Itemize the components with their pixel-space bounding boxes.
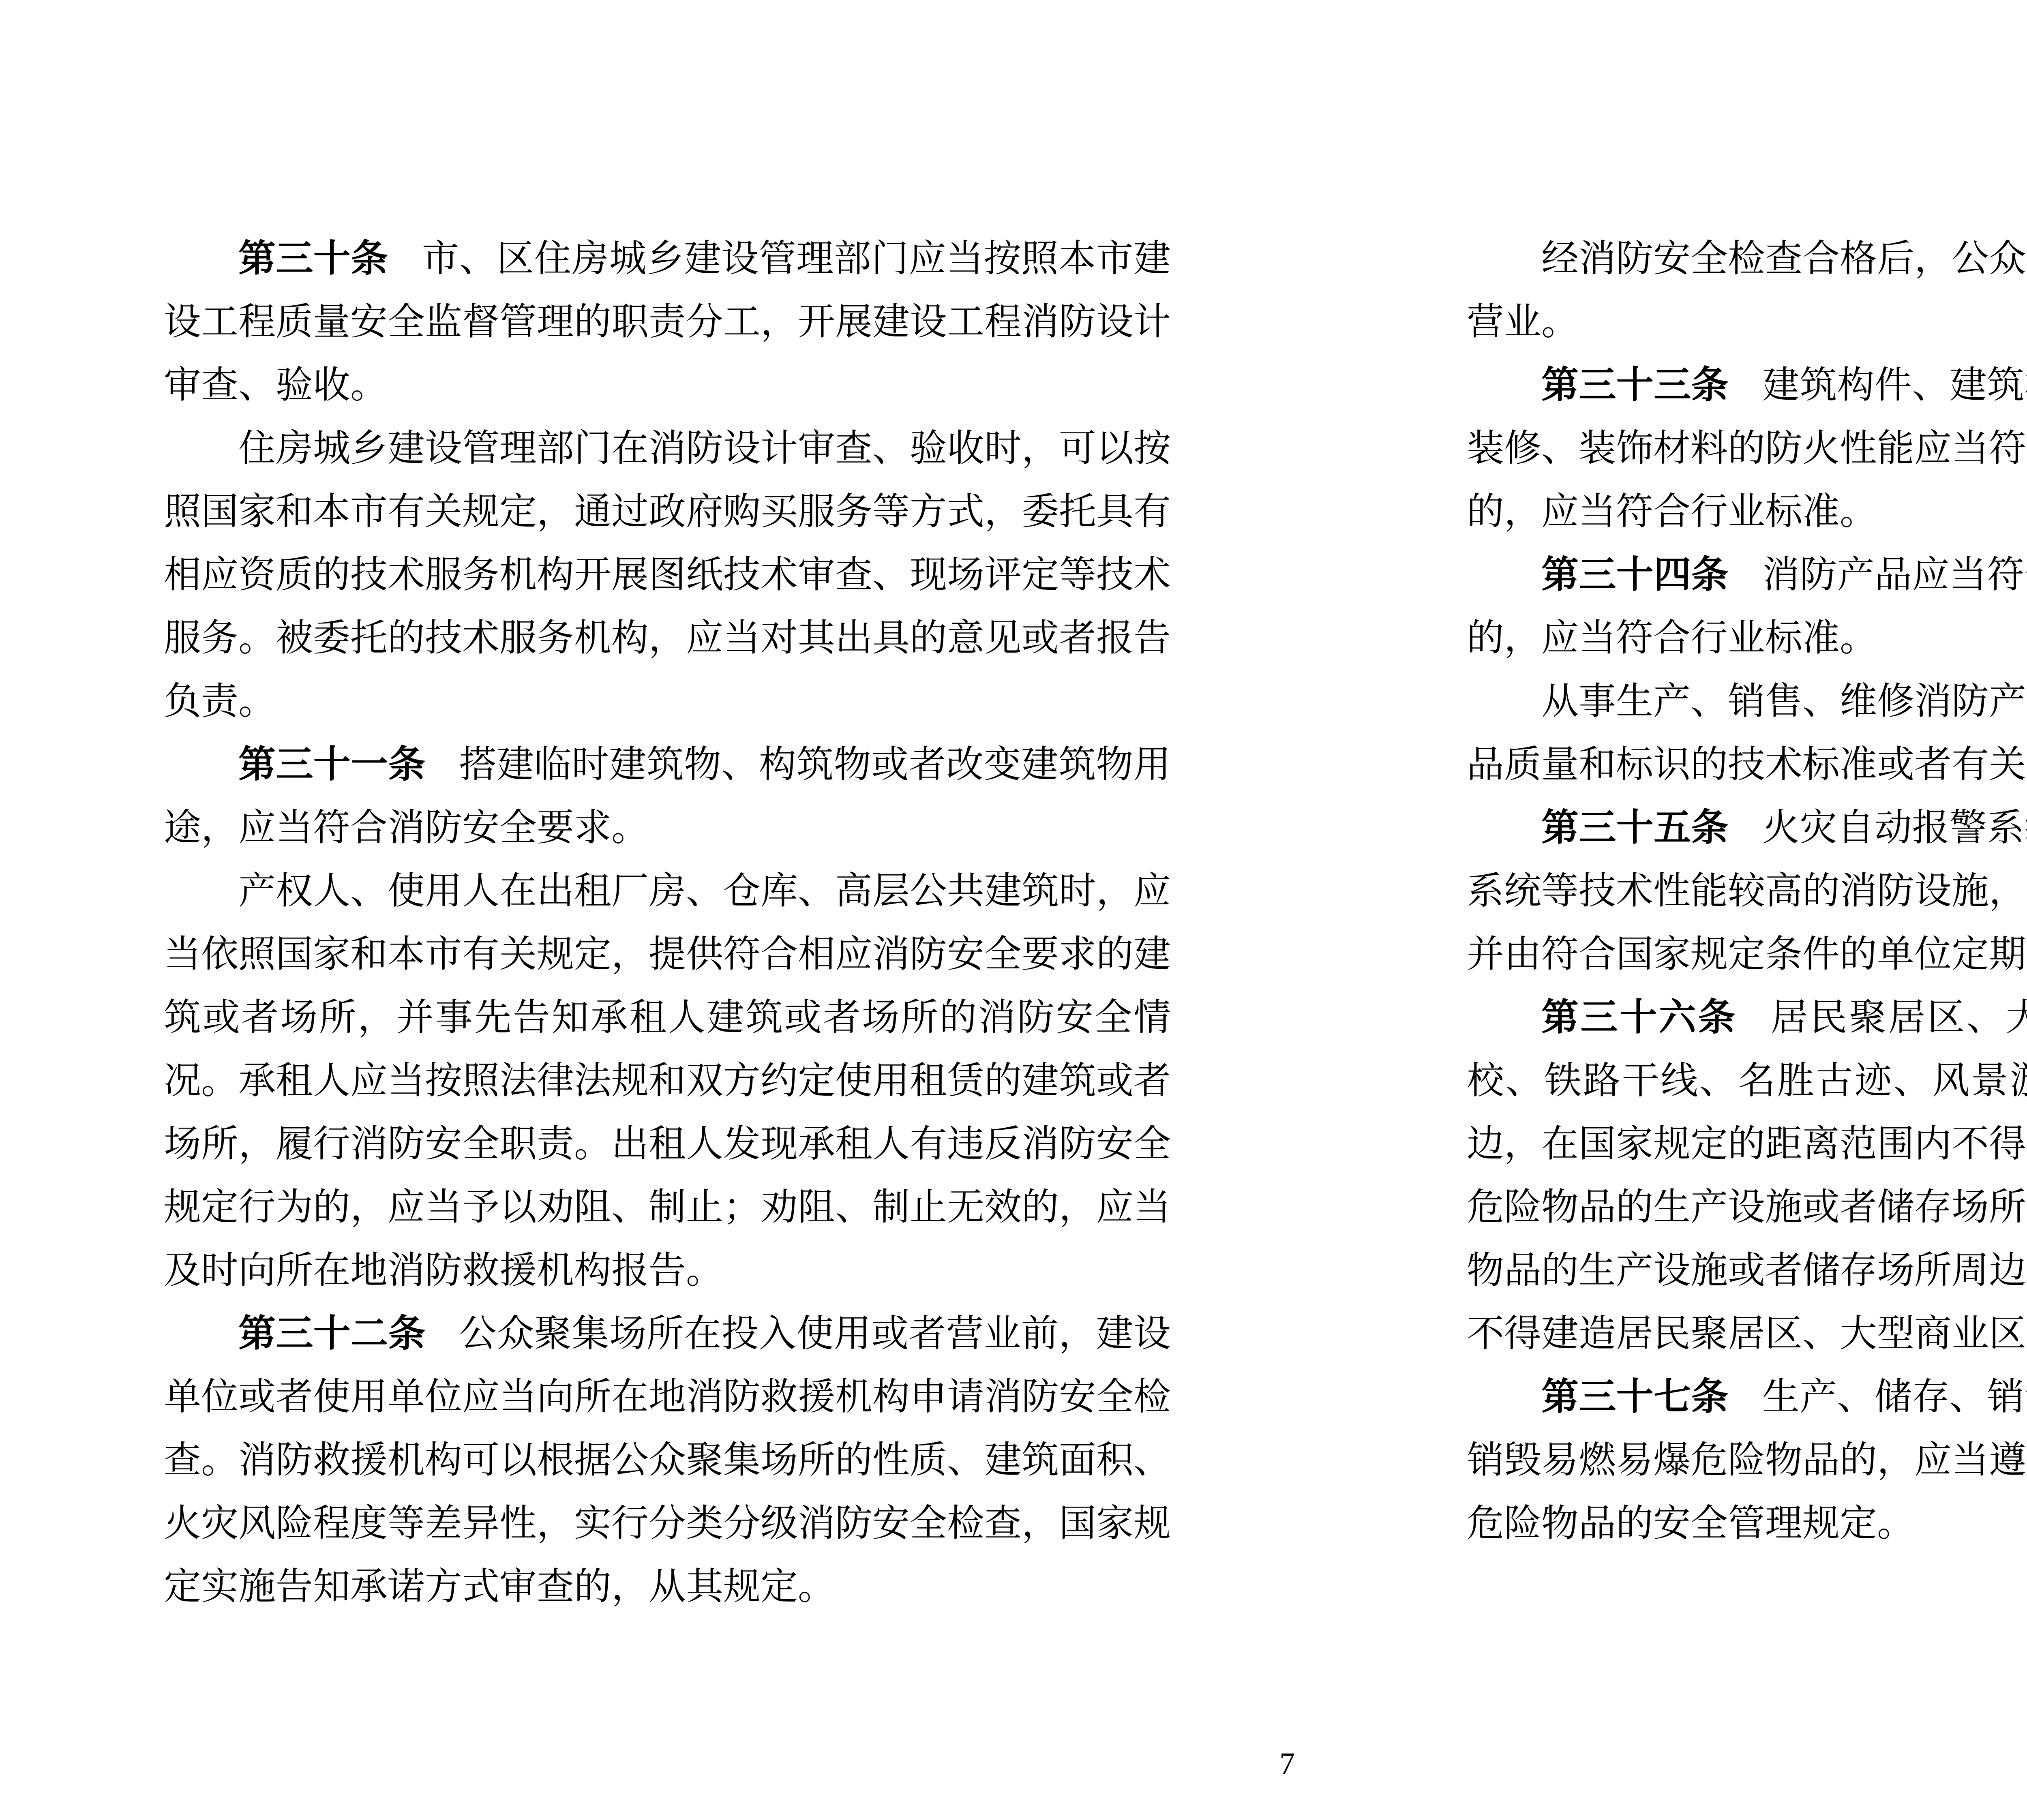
paragraph: 住房城乡建设管理部门在消防设计审查、验收时，可以按照国家和本市有关规定，通过政府… xyxy=(164,417,1171,733)
page-number: 7 xyxy=(0,1745,2027,1782)
article-number: 第三十六条 xyxy=(1541,997,1737,1038)
article-number: 第三十条 xyxy=(238,238,388,279)
paragraph-article-31: 第三十一条搭建临时建筑物、构筑物或者改变建筑物用途，应当符合消防安全要求。 xyxy=(164,733,1171,859)
paragraph-article-32: 第三十二条公众聚集场所在投入使用或者营业前，建设单位或者使用单位应当向所在地消防… xyxy=(164,1302,1171,1618)
article-number: 第三十三条 xyxy=(1541,364,1729,406)
paragraph-article-35: 第三十五条火灾自动报警系统、固定灭火系统和防排烟系统等技术性能较高的消防设施，应… xyxy=(1467,796,2027,986)
paragraph-article-30: 第三十条市、区住房城乡建设管理部门应当按照本市建设工程质量安全监督管理的职责分工… xyxy=(164,227,1171,417)
paragraph-text: 产权人、使用人在出租厂房、仓库、高层公共建筑时，应当依照国家和本市有关规定，提供… xyxy=(164,870,1171,1291)
right-column: 经消防安全检查合格后，公众聚集场所方可投入使用或者营业。 第三十三条建筑构件、建… xyxy=(1467,227,2027,1555)
paragraph-text: 经消防安全检查合格后，公众聚集场所方可投入使用或者营业。 xyxy=(1467,238,2027,343)
paragraph: 经消防安全检查合格后，公众聚集场所方可投入使用或者营业。 xyxy=(1467,227,2027,353)
article-number: 第三十五条 xyxy=(1541,807,1729,848)
paragraph-article-33: 第三十三条建筑构件、建筑材料、建筑保温材料和室内装修、装饰材料的防火性能应当符合… xyxy=(1467,353,2027,543)
paragraph-text: 居民聚居区、大型商业区、党政机关、学校、铁路干线、名胜古迹、风景游览区以及其他重… xyxy=(1467,997,2027,1354)
paragraph-article-34: 第三十四条消防产品应当符合国家标准；没有国家标准的，应当符合行业标准。 xyxy=(1467,543,2027,670)
article-number: 第三十二条 xyxy=(238,1313,426,1354)
article-number: 第三十七条 xyxy=(1541,1376,1729,1417)
paragraph-text: 住房城乡建设管理部门在消防设计审查、验收时，可以按照国家和本市有关规定，通过政府… xyxy=(164,428,1171,722)
paragraph-text: 从事生产、销售、维修消防产品的单位，应当严格执行产品质量和标识的技术标准或者有关… xyxy=(1467,681,2027,785)
paragraph: 产权人、使用人在出租厂房、仓库、高层公共建筑时，应当依照国家和本市有关规定，提供… xyxy=(164,859,1171,1302)
document-page: 第三十条市、区住房城乡建设管理部门应当按照本市建设工程质量安全监督管理的职责分工… xyxy=(0,0,2027,1820)
left-column: 第三十条市、区住房城乡建设管理部门应当按照本市建设工程质量安全监督管理的职责分工… xyxy=(164,227,1171,1618)
article-number: 第三十一条 xyxy=(238,744,426,785)
paragraph-article-36: 第三十六条居民聚居区、大型商业区、党政机关、学校、铁路干线、名胜古迹、风景游览区… xyxy=(1467,986,2027,1365)
paragraph-article-37: 第三十七条生产、储存、销售、运输、携带、使用或者销毁易燃易爆危险物品的，应当遵守… xyxy=(1467,1365,2027,1555)
paragraph: 从事生产、销售、维修消防产品的单位，应当严格执行产品质量和标识的技术标准或者有关… xyxy=(1467,670,2027,796)
paragraph-text: 公众聚集场所在投入使用或者营业前，建设单位或者使用单位应当向所在地消防救援机构申… xyxy=(164,1313,1171,1607)
article-number: 第三十四条 xyxy=(1541,554,1729,595)
